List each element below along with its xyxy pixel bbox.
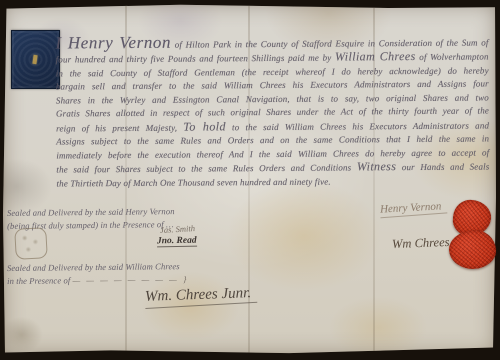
signature-wm-chrees-junior: Wm. Chrees Junr. xyxy=(145,285,252,306)
gold-cypher-fleck xyxy=(32,55,37,64)
embossed-revenue-stamp xyxy=(14,227,48,260)
photograph-of-deed: I Henry Vernon of Hilton Park in the Cou… xyxy=(0,0,500,360)
witness-signature-2: Jno. Read xyxy=(157,236,197,248)
witness-signature-1: Jas. Smith xyxy=(160,223,195,235)
signature-wm-chrees: Wm Chrees xyxy=(392,235,450,252)
blue-duty-stamp xyxy=(11,30,60,89)
deed-line: the said four Shares subject to the same… xyxy=(56,160,489,177)
blank-witness-line: — — — — — — — — } xyxy=(73,274,189,285)
attestation-line: in the Presence of — — — — — — — — } xyxy=(7,273,188,288)
opening-words: I Henry Vernon xyxy=(55,33,171,53)
signature-henry-vernon: Henry Vernon xyxy=(380,200,442,215)
witness-clause-word: Witness xyxy=(357,159,397,173)
grantee-name: William Chrees xyxy=(335,49,416,64)
deed-body-text: I Henry Vernon of Hilton Park in the Cou… xyxy=(55,33,489,190)
habendum-words: To hold xyxy=(183,119,226,133)
attestation-chrees: Sealed and Delivered by the said William… xyxy=(7,260,189,288)
